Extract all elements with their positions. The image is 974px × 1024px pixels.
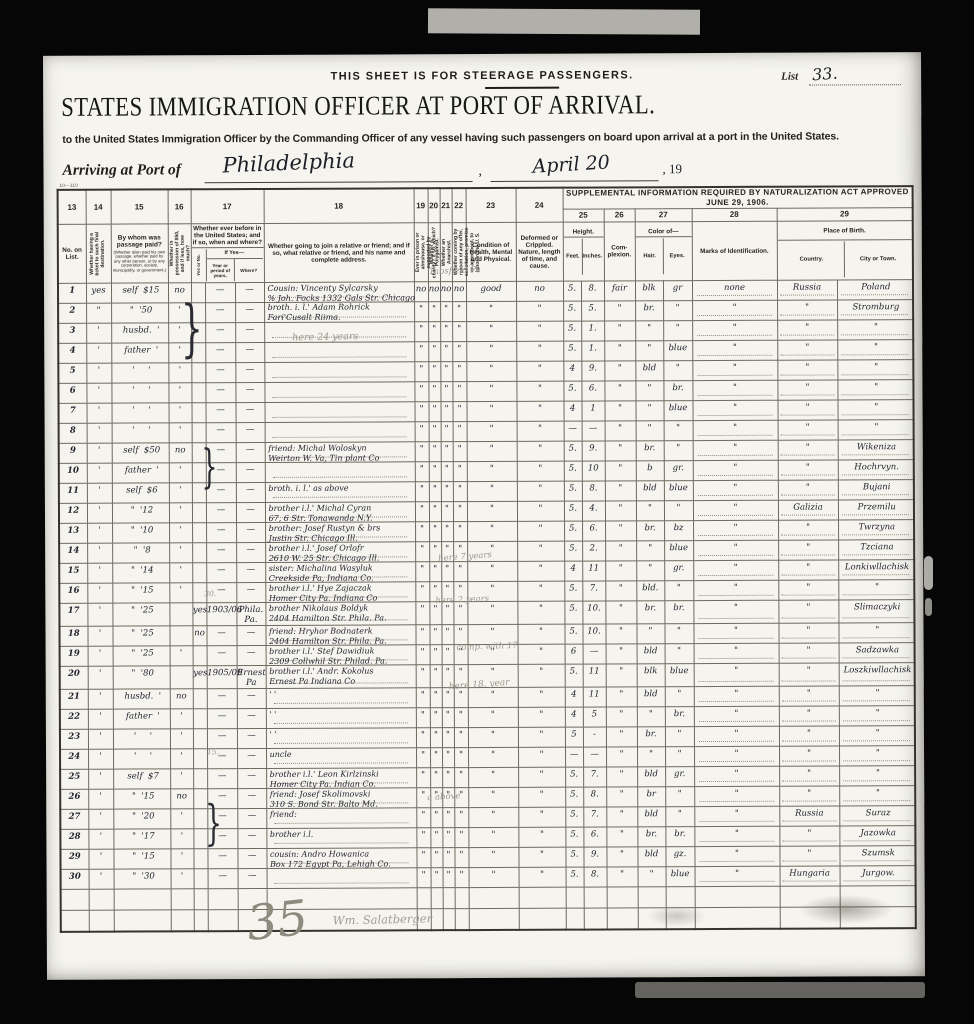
cell-c20: " [428,382,440,402]
colnum-26: 26 [604,209,635,222]
cell-c17c: — [237,748,266,768]
cell-c28: " [694,826,779,846]
cell-compl: " [604,361,635,381]
cell-c14: ' [87,403,112,423]
cell-country: " [779,643,839,663]
cell-c16: ' [170,829,193,849]
colnum-24: 24 [516,188,563,223]
cell-country: " [778,560,838,580]
cell-c21: " [440,362,452,382]
cell-c15: ' ' [111,383,168,403]
cell-c21: " [443,868,455,888]
cell-eyes: " [665,787,694,807]
cell-empty [61,889,89,910]
cell-c17c: — [236,582,265,602]
cell-c18: brother i.l.' Stef Dawidiuk 2309 Collwhi… [266,645,416,666]
cell-no: 23 [60,729,88,749]
cell-c28: " [694,643,779,663]
joining-address-note: uncle [270,749,430,759]
cell-city: Jazowka [839,826,915,846]
cell-empty [695,886,780,907]
colnum-15: 15 [111,189,168,224]
cell-c14: ' [87,503,112,523]
cell-eyes: gr. [664,561,693,581]
cell-c23: " [468,767,518,787]
cell-c14: ' [88,829,113,849]
joining-address-note: brother i.l.' Josef Orlofr 2610 W. 25 St… [269,543,429,563]
cell-c20: " [429,442,441,462]
cell-c24: " [518,767,565,787]
cell-c14: ' [87,523,112,543]
cell-c16: ' [170,749,193,769]
cell-c16: ' [169,543,192,563]
cell-c22: " [452,302,466,322]
cell-hair: " [636,561,664,581]
cell-empty [194,889,208,910]
colnum-22: 22 [452,188,466,223]
cell-c24: " [516,341,563,361]
cell-c15: " '25 [113,646,170,666]
joining-address-note: friend: Hryhor Bodnaterk 2404 Hamilton S… [269,626,429,646]
cell-c14: ' [88,789,113,809]
colnum-16: 16 [168,189,191,224]
cell-c20: no [428,282,440,302]
cell-country: " [779,826,839,846]
cell-c16: ' [169,563,192,583]
joining-address-note: sister: Michalina Wasyluk Creekside Pa, … [269,563,429,583]
cell-c14: ' [87,543,112,563]
cell-c18: brother i.l.' Josef Orlofr 2610 W. 25 St… [265,542,415,563]
cell-c20: " [429,482,441,502]
cell-c22: " [454,828,468,848]
cell-c17a [193,689,207,709]
cell-c16: no [170,689,193,709]
cell-no: 7 [59,403,87,423]
colhead-marks: Marks of Identification. [692,221,777,280]
cell-c22: " [453,422,467,442]
cell-country: " [779,663,839,686]
cell-c17a [191,383,205,403]
cell-hair: " [637,747,665,767]
cell-no: 30 [61,869,89,889]
cell-c18 [264,342,414,363]
cell-c14: ' [89,869,114,889]
joining-address-note: friend: Josef Skolimovski 310 S. Bond St… [270,789,430,809]
page-title: STATES IMMIGRATION OFFICER AT PORT OF AR… [61,89,655,123]
cell-c15: husbd. ' [113,689,170,709]
cell-c24: " [517,501,564,521]
cell-city: Hochrvyn. [838,460,914,480]
pencil-amount-15: 15. [207,747,219,756]
cell-inch: 4. [582,501,605,521]
cell-feet: 5 [565,727,583,747]
cell-inch: 8. [584,867,607,887]
cell-c28: " [694,686,779,706]
supplemental-banner: SUPPLEMENTAL INFORMATION REQUIRED BY NAT… [563,186,913,209]
cell-no: 11 [59,483,87,503]
cell-c28: " [693,520,778,540]
cell-c14: " [86,303,111,323]
joining-address-note: friend: [270,809,430,819]
cell-c16: ' [169,463,192,483]
cell-inch: 1. [581,321,604,341]
cell-city: " [837,340,913,360]
handwritten-brace-rows-2-5: } [181,291,203,364]
cell-c22: " [453,402,467,422]
cell-c23: " [466,321,516,341]
cell-c17c: — [237,728,266,748]
cell-no: 8 [59,423,87,443]
cell-c14: ' [87,583,112,603]
cell-inch: 1 [582,401,605,421]
cell-hair: blk [637,664,665,687]
cell-c28: " [693,480,778,500]
cell-compl: " [605,501,636,521]
cell-feet: 5. [564,541,582,561]
cell-empty [584,908,607,929]
cell-c18: brother Nikolaus Boldyk 2404 Hamilton St… [265,602,415,626]
cell-c17a [193,709,207,729]
cell-inch: 7. [583,807,606,827]
cell-country: " [777,300,837,320]
cell-empty [208,910,238,931]
list-label: List [781,71,798,83]
cell-eyes: " [663,321,692,341]
cell-c17c: — [235,302,264,322]
cell-c17c: — [235,342,264,362]
cell-c22: " [452,322,466,342]
cell-eyes: " [665,747,694,767]
photo-artifact-right-small [925,598,932,616]
cell-compl: " [606,747,637,767]
cell-c17c: — [236,562,265,582]
cell-c24: " [517,624,564,644]
cell-hair: " [636,624,664,644]
cell-c20: " [430,848,442,868]
cell-c21: " [442,848,454,868]
cell-c14: ' [87,423,112,443]
cell-c17a [193,769,207,789]
cell-city: " [839,786,915,806]
list-number-handwritten: 33. [812,64,839,85]
cell-country: " [777,360,837,380]
cell-hair: " [636,421,664,441]
cell-c18: brother i.l.' Andr. Kokolus Ernest Pa In… [266,665,416,689]
cell-feet: 5. [564,624,582,644]
cell-no: 3 [58,323,86,343]
cell-c21: " [440,322,452,342]
joining-address-note: brother i.l.' Hye Zajaczak Homer City Pa… [269,583,429,603]
colhead-fifty-dollars: Whether in possession of $50, and if les… [168,224,191,283]
cell-empty [431,909,443,930]
year-label: , 19 [662,161,682,177]
port-handwritten: Philadelphia [222,148,355,177]
cell-no: 1 [58,283,86,303]
cell-country: " [778,480,838,500]
cell-c24: " [516,321,563,341]
cell-country: Russia [779,806,839,826]
cell-c17b: — [207,646,237,666]
joining-address-note: ' ' [269,729,429,739]
manifest-rows: 1yesself $15no——Cousin: Vincenty Sylcars… [58,280,916,932]
cell-c17c: — [235,362,264,382]
joining-address-note: brother i.l. [270,829,430,839]
cell-c17a [192,503,206,523]
cell-no: 28 [60,829,88,849]
cell-no: 13 [59,523,87,543]
cell-empty [194,910,208,931]
cell-c17a [193,646,207,666]
cell-no: 9 [59,443,87,463]
cell-c20: " [429,625,441,645]
cell-c14: ' [86,323,111,343]
cell-inch: 5. [581,301,604,321]
cell-c15: ' ' [113,749,170,769]
cell-empty [607,887,638,908]
cell-c20: " [429,562,441,582]
cell-c18: brother: Josef Rustyn & brs Justin Str. … [265,522,415,543]
cell-c19: " [414,362,428,382]
pencil-note-here-24-years: here 24 years [292,331,358,343]
cell-city: " [839,766,915,786]
cell-c18: brother i.l.' Hye Zajaczak Homer City Pa… [265,582,415,603]
cell-empty [584,887,607,908]
cell-c14: ' [87,603,112,626]
cell-c20: " [430,708,442,728]
cell-c18: friend: Michal Woloskyn Weirton W. Va, T… [265,442,415,463]
manifest-page: THIS SHEET IS FOR STEERAGE PASSENGERS. L… [43,52,925,980]
cell-c22: " [454,768,468,788]
cell-c21: " [442,728,454,748]
cell-c18: brother i.l. [266,828,416,849]
cell-c18 [264,382,414,403]
cell-c17c: — [236,542,265,562]
page-subtitle: to the United States Immigration Officer… [62,130,839,145]
cell-c24: " [517,421,564,441]
comma-separator: , [478,164,482,180]
cell-c20: " [429,462,441,482]
cell-c15: " '20 [113,809,170,829]
colhead-prison-charity: Ever in prison or almshouse, or supporte… [414,223,428,282]
cell-c18: brother i.l.' Michal Cyran 67, 6 Str. To… [265,502,415,523]
cell-c14: ' [88,666,113,689]
cell-c17c: — [237,788,266,808]
cell-c18 [265,462,415,483]
cell-c19: " [414,322,428,342]
cell-eyes: br. [665,707,694,727]
cell-feet: 5. [564,501,582,521]
cell-c20: " [430,665,442,688]
cell-inch: - [583,727,606,747]
cell-compl: " [606,727,637,747]
cell-c21: " [441,625,453,645]
photo-artifact-bottom [635,982,925,998]
cell-c17c: — [237,708,266,728]
banner-underline [485,87,559,89]
cell-c17a [193,849,207,869]
cell-city: " [837,320,913,340]
cell-c22: no [452,282,466,302]
cell-c17c: — [235,322,264,342]
table-row-empty [61,907,916,932]
cell-c17b: — [207,689,237,709]
cell-c23: " [467,561,517,581]
cell-c15: " '15 [112,583,169,603]
cell-c20: " [430,728,442,748]
cell-eyes: " [664,441,693,461]
cell-c22: " [453,625,467,645]
cell-city: " [839,686,915,706]
cell-c28: " [695,866,780,886]
pencil-note-a-above: a above [427,791,461,803]
cell-c17c: — [236,442,265,462]
cell-c18: ' ' [266,728,416,749]
cell-country: " [778,460,838,480]
handwritten-brace-rows-9-11: } [201,439,217,493]
cell-c23: " [468,787,518,807]
colhead-deformed: Deformed or Crippled. Nature, length of … [516,222,563,281]
cell-c24: " [518,827,565,847]
cell-c15: " '8 [112,543,169,563]
cell-eyes: " [664,501,693,521]
cell-compl: " [605,561,636,581]
cell-c20: " [428,342,440,362]
cell-c21: " [441,502,453,522]
cell-c16: ' [169,403,192,423]
cell-hair: bld. [636,581,664,601]
cell-hair: br [637,787,665,807]
cell-c16: ' [169,583,192,603]
cell-city: Suraz [839,806,915,826]
cell-c23: " [468,747,518,767]
cell-c21: " [440,342,452,362]
cell-city: " [837,360,913,380]
colnum-18: 18 [264,188,414,223]
cell-c17b: — [205,343,235,363]
colnum-19: 19 [414,188,428,223]
cell-empty [780,886,840,907]
cell-c17b: — [205,363,235,383]
cell-compl: " [605,401,636,421]
cell-compl: " [606,664,637,687]
cell-c23: " [468,687,518,707]
cell-c18 [265,402,415,423]
cell-feet: 5. [564,461,582,481]
cell-c17c: — [237,768,266,788]
cell-compl: " [605,624,636,644]
cell-no: 22 [60,709,88,729]
cell-no: 26 [60,789,88,809]
cell-empty [607,908,638,929]
cell-c14: ' [88,646,113,666]
cell-inch: 8. [581,281,604,301]
cell-inch: 8. [582,481,605,501]
cell-c19: " [415,462,429,482]
cell-c17a [194,869,208,889]
cell-country: " [777,340,837,360]
cell-hair: " [637,707,665,727]
cell-feet: 5. [563,321,581,341]
cell-c15: " '12 [112,503,169,523]
cell-c17b: — [207,729,237,749]
pencil-note-row1: Tabsfield Pa [429,265,481,277]
cell-c17b: 1905/09 [207,666,237,689]
cell-c17b: — [207,709,237,729]
colnum-28: 28 [692,208,777,221]
cell-c15: ' ' [111,363,168,383]
cell-no: 19 [60,646,88,666]
arriving-at-port-label: Arriving at Port of [62,161,180,180]
cell-no: 24 [60,749,88,769]
cell-c14: ' [87,626,112,646]
cell-c24: " [517,401,564,421]
cell-no: 4 [58,343,86,363]
cell-empty [566,887,584,908]
cell-country: " [779,706,839,726]
cell-c19: " [415,402,429,422]
cell-country: " [779,726,839,746]
cell-c24: " [518,664,565,687]
cell-c18: brother i.l.' Leon Kirlzinski Homer City… [266,768,416,789]
cell-c16: ' [169,423,192,443]
cell-empty [455,909,469,930]
cell-c17c: — [236,482,265,502]
colhead-height: Height.Feet.Inches. [563,222,604,281]
cell-feet: 5. [563,381,581,401]
pencil-page-number: 35 [244,890,311,952]
cell-feet: 5. [565,827,583,847]
cell-c22: " [454,708,468,728]
cell-hair: br. [636,601,664,624]
cell-city: Stromburg [837,300,913,320]
cell-c14: ' [87,483,112,503]
cell-hair: br. [635,301,663,321]
cell-hair: " [636,541,664,561]
cell-feet: 5. [563,301,581,321]
cell-c16 [169,603,192,626]
cell-c24: " [516,381,563,401]
cell-c20: " [430,808,442,828]
cell-feet: 5. [563,341,581,361]
cell-empty [417,888,431,909]
cell-hair: " [638,867,666,887]
cell-country: " [778,440,838,460]
cell-c16: ' [169,483,192,503]
cell-country: " [778,400,838,420]
cell-country: " [778,600,838,623]
cell-c23: " [468,827,518,847]
cell-c22: " [454,728,468,748]
cell-c23: " [467,461,517,481]
cell-c21: " [442,708,454,728]
cell-c20: " [428,362,440,382]
cell-inch: 11 [583,687,606,707]
cell-inch: 6. [582,521,605,541]
cell-c18: uncle [266,748,416,769]
cell-c15: " '14 [112,563,169,583]
cell-c14: ' [86,363,111,383]
cell-c16: no [170,789,193,809]
cell-c15: " '25 [112,626,169,646]
cell-c24: " [518,807,565,827]
cell-c24: " [518,787,565,807]
cell-c18: friend: Hryhor Bodnaterk 2404 Hamilton S… [265,625,415,646]
joining-address-note: ' ' [269,689,429,699]
cell-c17b: — [205,303,235,323]
colnum-29: 29 [777,208,913,222]
cell-c22: " [452,362,466,382]
colhead-ticket: Whether having a ticket to such final de… [86,224,111,283]
